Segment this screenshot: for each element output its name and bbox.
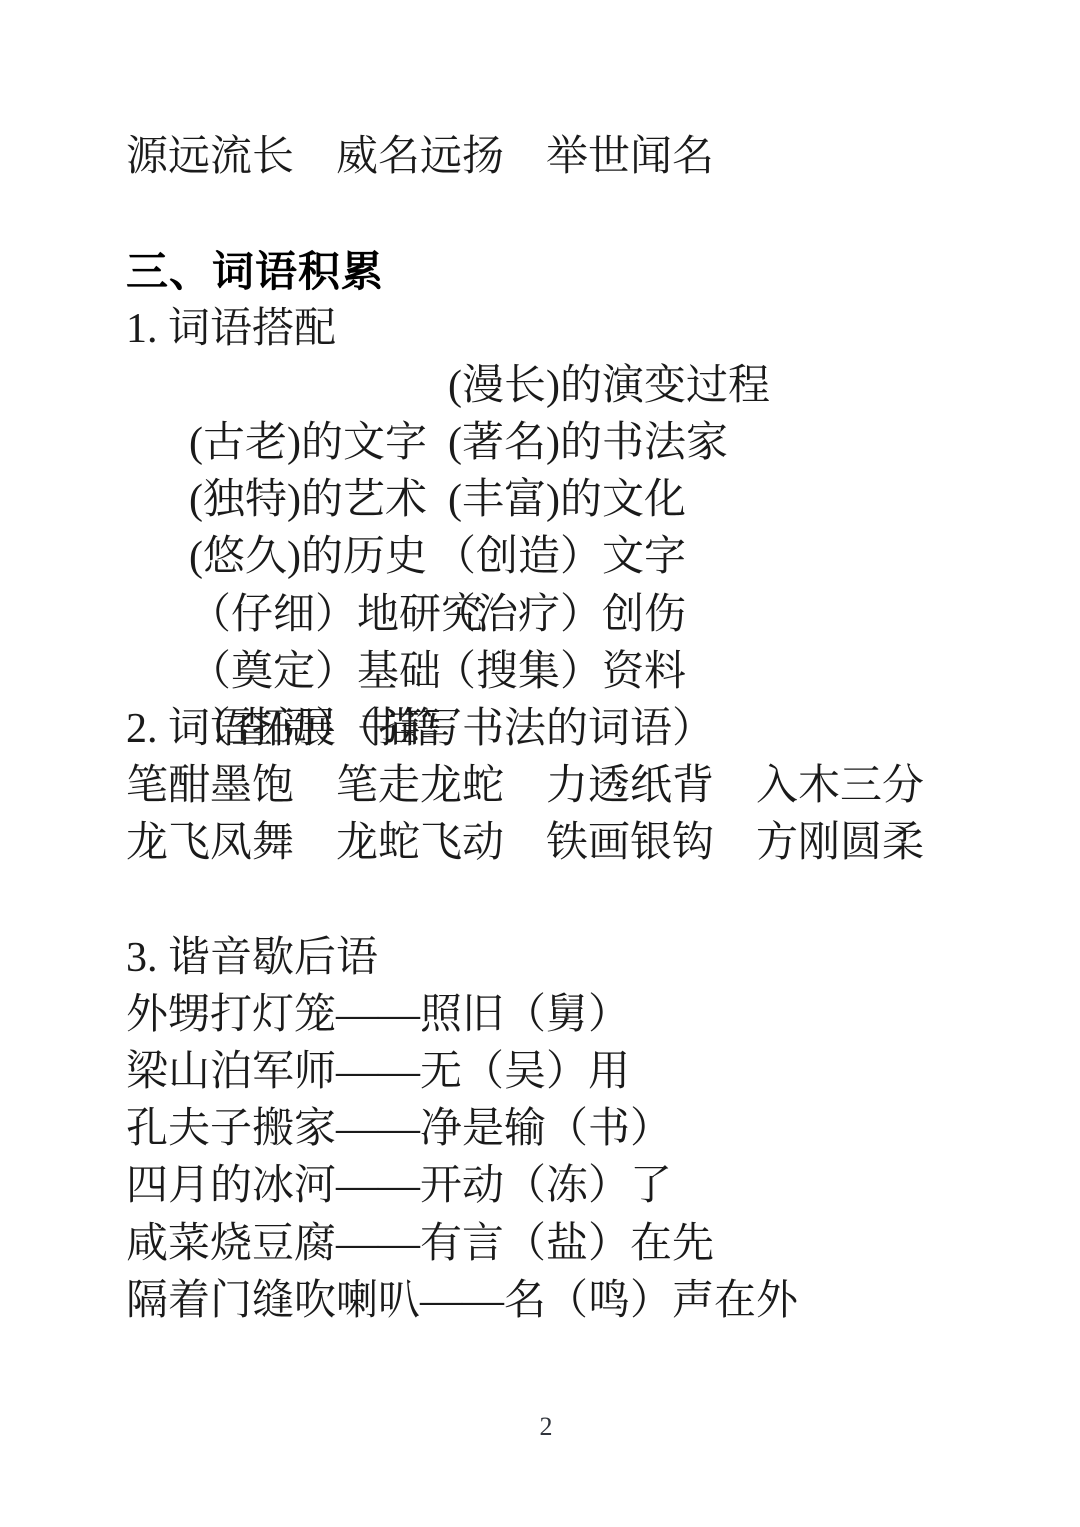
- word-pair-row: （奠定）基础 （治疗）创伤: [126, 587, 1036, 644]
- xiehouyu-line: 孔夫子搬家——净是输（书）: [126, 1101, 1036, 1158]
- intro-idiom-line: 源远流长 威名远扬 举世闻名: [126, 129, 1036, 186]
- document-page: 源远流长 威名远扬 举世闻名 三、词语积累 1. 词语搭配 (古老)的文字 (漫…: [0, 0, 1080, 1527]
- pair-right: (著名)的书法家: [448, 415, 728, 472]
- pair-right: （治疗）创伤: [434, 587, 686, 644]
- pair-right: （搜集）资料: [434, 644, 686, 701]
- sub1-title: 1. 词语搭配: [126, 301, 1036, 358]
- section-heading: 三、词语积累: [126, 243, 1036, 300]
- xiehouyu-line: 四月的冰河——开动（冻）了: [126, 1158, 1036, 1215]
- xiehouyu-line: 咸菜烧豆腐——有言（盐）在先: [126, 1216, 1036, 1273]
- pair-right: （创造）文字: [434, 529, 686, 586]
- blank-line: [126, 872, 1036, 929]
- sub3-title: 3. 谐音歇后语: [126, 930, 1036, 987]
- word-pair-row: （查阅）书籍 （搜集）资料: [126, 644, 1036, 701]
- calligraphy-idiom-line: 龙飞凤舞 龙蛇飞动 铁画银钩 方刚圆柔: [126, 815, 1036, 872]
- calligraphy-idiom-line: 笔酣墨饱 笔走龙蛇 力透纸背 入木三分: [126, 758, 1036, 815]
- word-pair-row: （仔细）地研究 （创造）文字: [126, 529, 1036, 586]
- document-body: 源远流长 威名远扬 举世闻名 三、词语积累 1. 词语搭配 (古老)的文字 (漫…: [126, 129, 1036, 1330]
- blank-line: [126, 186, 1036, 243]
- word-pair-row: (独特)的艺术 (著名)的书法家: [126, 415, 1036, 472]
- page-number: 2: [540, 1410, 553, 1444]
- xiehouyu-line: 隔着门缝吹喇叭——名（鸣）声在外: [126, 1273, 1036, 1330]
- word-pair-row: (古老)的文字 (漫长)的演变过程: [126, 358, 1036, 415]
- sub2-title: 2. 词语拓展（描写书法的词语）: [126, 701, 1036, 758]
- word-pair-row: (悠久)的历史 (丰富)的文化: [126, 472, 1036, 529]
- xiehouyu-line: 外甥打灯笼——照旧（舅）: [126, 987, 1036, 1044]
- xiehouyu-line: 梁山泊军师——无（吴）用: [126, 1044, 1036, 1101]
- pair-right: (漫长)的演变过程: [448, 358, 770, 415]
- pair-right: (丰富)的文化: [448, 472, 686, 529]
